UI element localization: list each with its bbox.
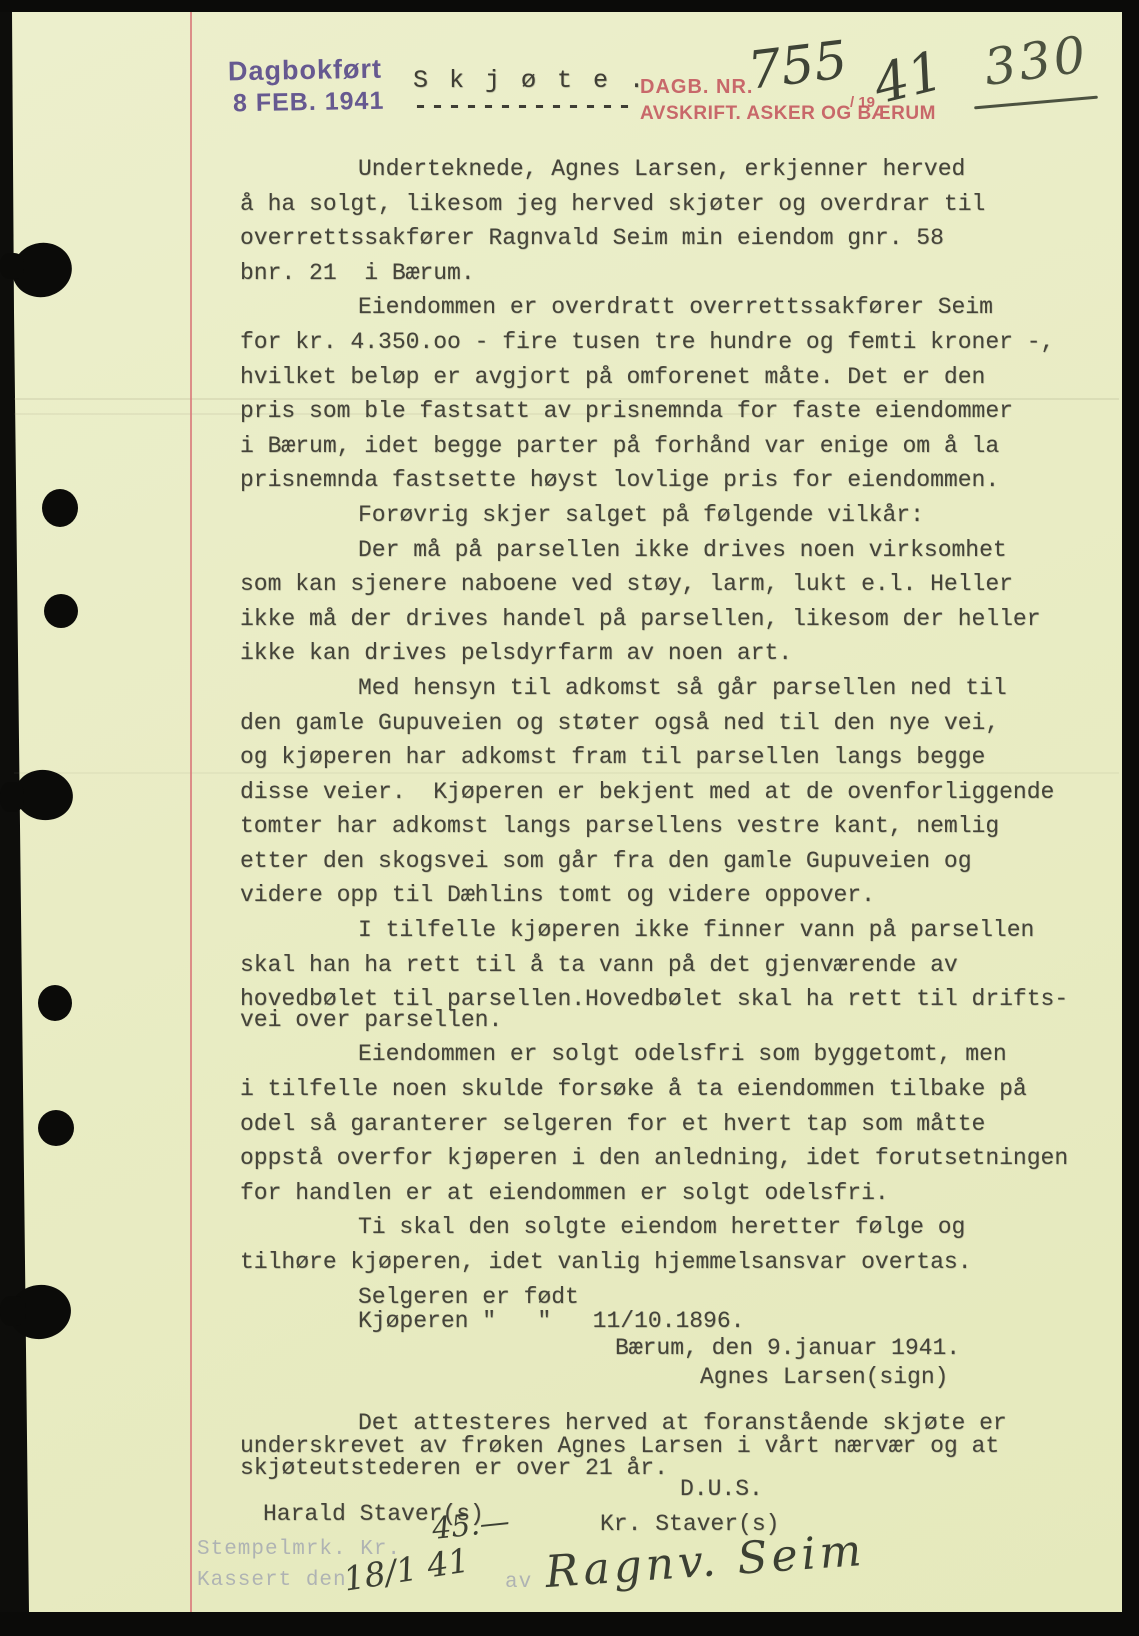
document-line: å ha solgt, likesom jeg herved skjøter o… xyxy=(240,187,1050,222)
document-line: odel så garanterer selgeren for et hvert… xyxy=(240,1107,1050,1142)
cancelled-by-label: av xyxy=(505,1571,532,1594)
scan-edge-bottom xyxy=(0,1612,1139,1636)
document-line: tilhøre kjøperen, idet vanlig hjemmelsan… xyxy=(240,1245,1050,1280)
document-line: bnr. 21 i Bærum. xyxy=(240,256,1050,291)
document-line: Forøvrig skjer salget på følgende vilkår… xyxy=(240,498,1050,533)
document-line: i Bærum, idet begge parter på forhånd va… xyxy=(240,429,1050,464)
document-line: etter den skogsvei som går fra den gamle… xyxy=(240,844,1050,879)
document-line: overrettssakfører Ragnvald Seim min eien… xyxy=(240,221,1050,256)
document-line: pris som ble fastsatt av prisnemnda for … xyxy=(240,394,1050,429)
scan-edge-right xyxy=(1122,0,1139,1636)
handwritten-journal-number: 755 xyxy=(745,30,851,102)
document-line: hvilket beløp er avgjort på omforenet må… xyxy=(240,360,1050,395)
punch-hole xyxy=(38,1110,74,1146)
document-line: prisnemnda fastsette høyst lovlige pris … xyxy=(240,463,1050,498)
document-line: videre opp til Dæhlins tomt og videre op… xyxy=(240,878,1050,913)
document-line: ikke må der drives handel på parsellen, … xyxy=(240,602,1050,637)
document-line: Eiendommen er overdratt overrettssakføre… xyxy=(240,290,1050,325)
punch-hole xyxy=(44,594,78,628)
dus-abbreviation: D.U.S. xyxy=(680,1476,763,1502)
document-line: og kjøperen har adkomst fram til parsell… xyxy=(240,740,1050,775)
document-line: skal han ha rett til å ta vann på det gj… xyxy=(240,948,1050,983)
document-line: Med hensyn til adkomst så går parsellen … xyxy=(240,671,1050,706)
document-line: for handlen er at eiendommen er solgt od… xyxy=(240,1176,1050,1211)
margin-line xyxy=(190,12,192,1612)
document-line: ikke kan drives pelsdyrfarm av noen art. xyxy=(240,636,1050,671)
punch-hole xyxy=(42,489,78,527)
dagb-nr-stamp: DAGB. NR. xyxy=(640,76,753,99)
document-line: Ti skal den solgte eiendom heretter følg… xyxy=(240,1210,1050,1245)
document-line: for kr. 4.350.oo - fire tusen tre hundre… xyxy=(240,325,1050,360)
document-body: Underteknede, Agnes Larsen, erkjenner he… xyxy=(240,152,1050,1486)
document-line: som kan sjenere naboene ved støy, larm, … xyxy=(240,567,1050,602)
journal-date-stamp-line2: 8 FEB. 1941 xyxy=(233,87,385,119)
punch-hole-tear xyxy=(0,782,24,812)
document-line: Der må på parsellen ikke drives noen vir… xyxy=(240,533,1050,568)
document-line: oppstå overfor kjøperen i den anledning,… xyxy=(240,1141,1050,1176)
scan-edge-top xyxy=(0,0,1139,12)
document-line: I tilfelle kjøperen ikke finner vann på … xyxy=(240,913,1050,948)
document-line: i tilfelle noen skulde forsøke å ta eien… xyxy=(240,1072,1050,1107)
scanned-document-page: Dagbokført 8 FEB. 1941 S k j ø t e . ---… xyxy=(0,0,1139,1636)
document-title: S k j ø t e . xyxy=(413,66,647,95)
document-line: disse veier. Kjøperen er bekjent med at … xyxy=(240,775,1050,810)
document-line: tomter har adkomst langs parsellens vest… xyxy=(240,809,1050,844)
cancelled-label: Kassert den xyxy=(197,1569,347,1592)
punch-hole-tear xyxy=(0,1296,26,1326)
document-line: den gamle Gupuveien og støter også ned t… xyxy=(240,706,1050,741)
journal-date-stamp-line1: Dagbokført xyxy=(228,54,383,88)
document-line: Agnes Larsen(sign) xyxy=(240,1360,1050,1395)
document-line: Underteknede, Agnes Larsen, erkjenner he… xyxy=(240,152,1050,187)
document-line: Eiendommen er solgt odelsfri som byggeto… xyxy=(240,1037,1050,1072)
punch-hole xyxy=(38,985,72,1021)
title-underline: ------------- xyxy=(413,92,634,121)
punch-hole-tear xyxy=(0,253,24,279)
